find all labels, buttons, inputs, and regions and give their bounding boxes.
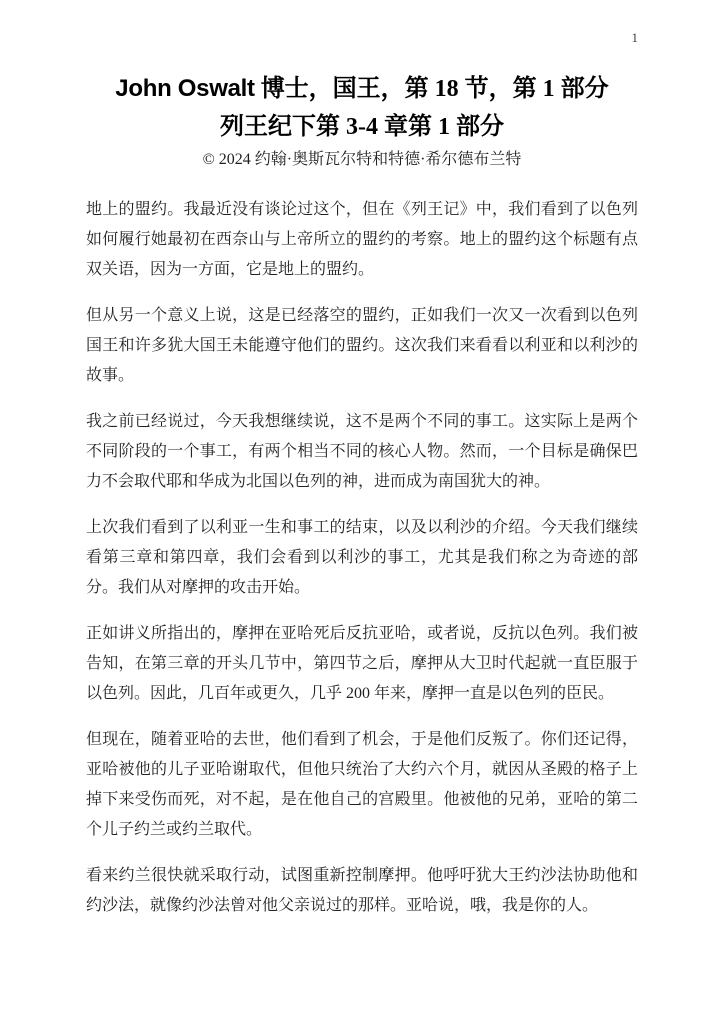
page-number: 1 bbox=[86, 30, 638, 46]
paragraph-2: 但从另一个意义上说，这是已经落空的盟约，正如我们一次又一次看到以色列国王和许多犹… bbox=[86, 301, 638, 391]
copyright-notice: © 2024 约翰·奥斯瓦尔特和特德·希尔德布兰特 bbox=[86, 149, 638, 171]
paragraph-4: 上次我们看到了以利亚一生和事工的结束，以及以利沙的介绍。今天我们继续看第三章和第… bbox=[86, 513, 638, 603]
document-page: 1 John Oswalt 博士，国王，第 18 节，第 1 部分 列王纪下第 … bbox=[0, 0, 724, 1024]
paragraph-5: 正如讲义所指出的，摩押在亚哈死后反抗亚哈，或者说，反抗以色列。我们被告知，在第三… bbox=[86, 619, 638, 709]
title-author-name: John Oswalt bbox=[115, 75, 254, 102]
document-header: John Oswalt 博士，国王，第 18 节，第 1 部分 列王纪下第 3-… bbox=[86, 70, 638, 171]
title-line1-text: 博士，国王，第 18 节，第 1 部分 bbox=[255, 76, 609, 102]
document-title-line2: 列王纪下第 3-4 章第 1 部分 bbox=[86, 108, 638, 146]
document-body: 地上的盟约。我最近没有谈论过这个，但在《列王记》中，我们看到了以色列如何履行她最… bbox=[86, 195, 638, 921]
paragraph-3: 我之前已经说过，今天我想继续说，这不是两个不同的事工。这实际上是两个不同阶段的一… bbox=[86, 407, 638, 497]
paragraph-6: 但现在，随着亚哈的去世，他们看到了机会，于是他们反叛了。你们还记得，亚哈被他的儿… bbox=[86, 725, 638, 845]
document-title-line1: John Oswalt 博士，国王，第 18 节，第 1 部分 bbox=[86, 70, 638, 108]
paragraph-7: 看来约兰很快就采取行动，试图重新控制摩押。他呼吁犹大王约沙法协助他和约沙法，就像… bbox=[86, 861, 638, 921]
paragraph-1: 地上的盟约。我最近没有谈论过这个，但在《列王记》中，我们看到了以色列如何履行她最… bbox=[86, 195, 638, 285]
